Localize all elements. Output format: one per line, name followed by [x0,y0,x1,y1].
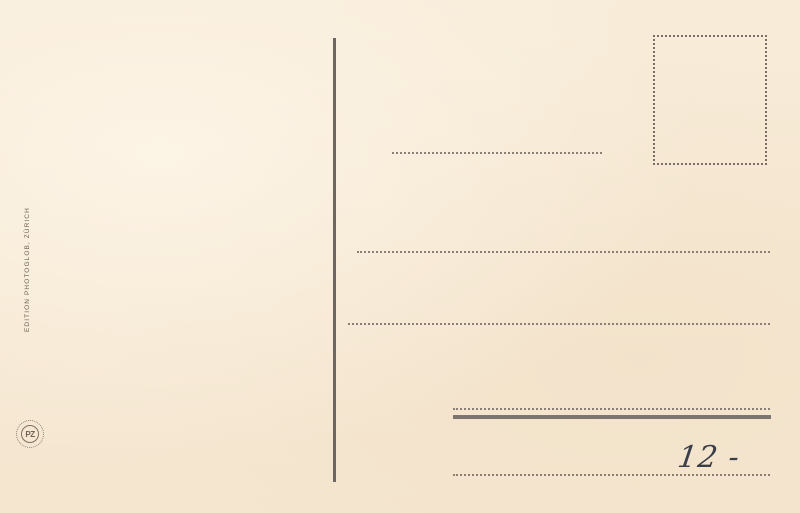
center-divider-line [333,38,336,482]
handwritten-price: 12 - [676,440,743,475]
publisher-logo-icon: PZ [16,420,44,448]
postcard-back: EDITION PHOTOGLOB, ZÜRICH PZ 12 - [0,0,800,513]
address-line-2 [357,251,770,253]
publisher-logo-text: PZ [21,425,39,443]
publisher-imprint: EDITION PHOTOGLOB, ZÜRICH [24,172,31,332]
address-solid-line [453,415,771,419]
address-line-4 [453,408,770,410]
address-line-1 [392,152,602,154]
stamp-placement-box [653,35,767,165]
address-line-3 [348,323,770,325]
